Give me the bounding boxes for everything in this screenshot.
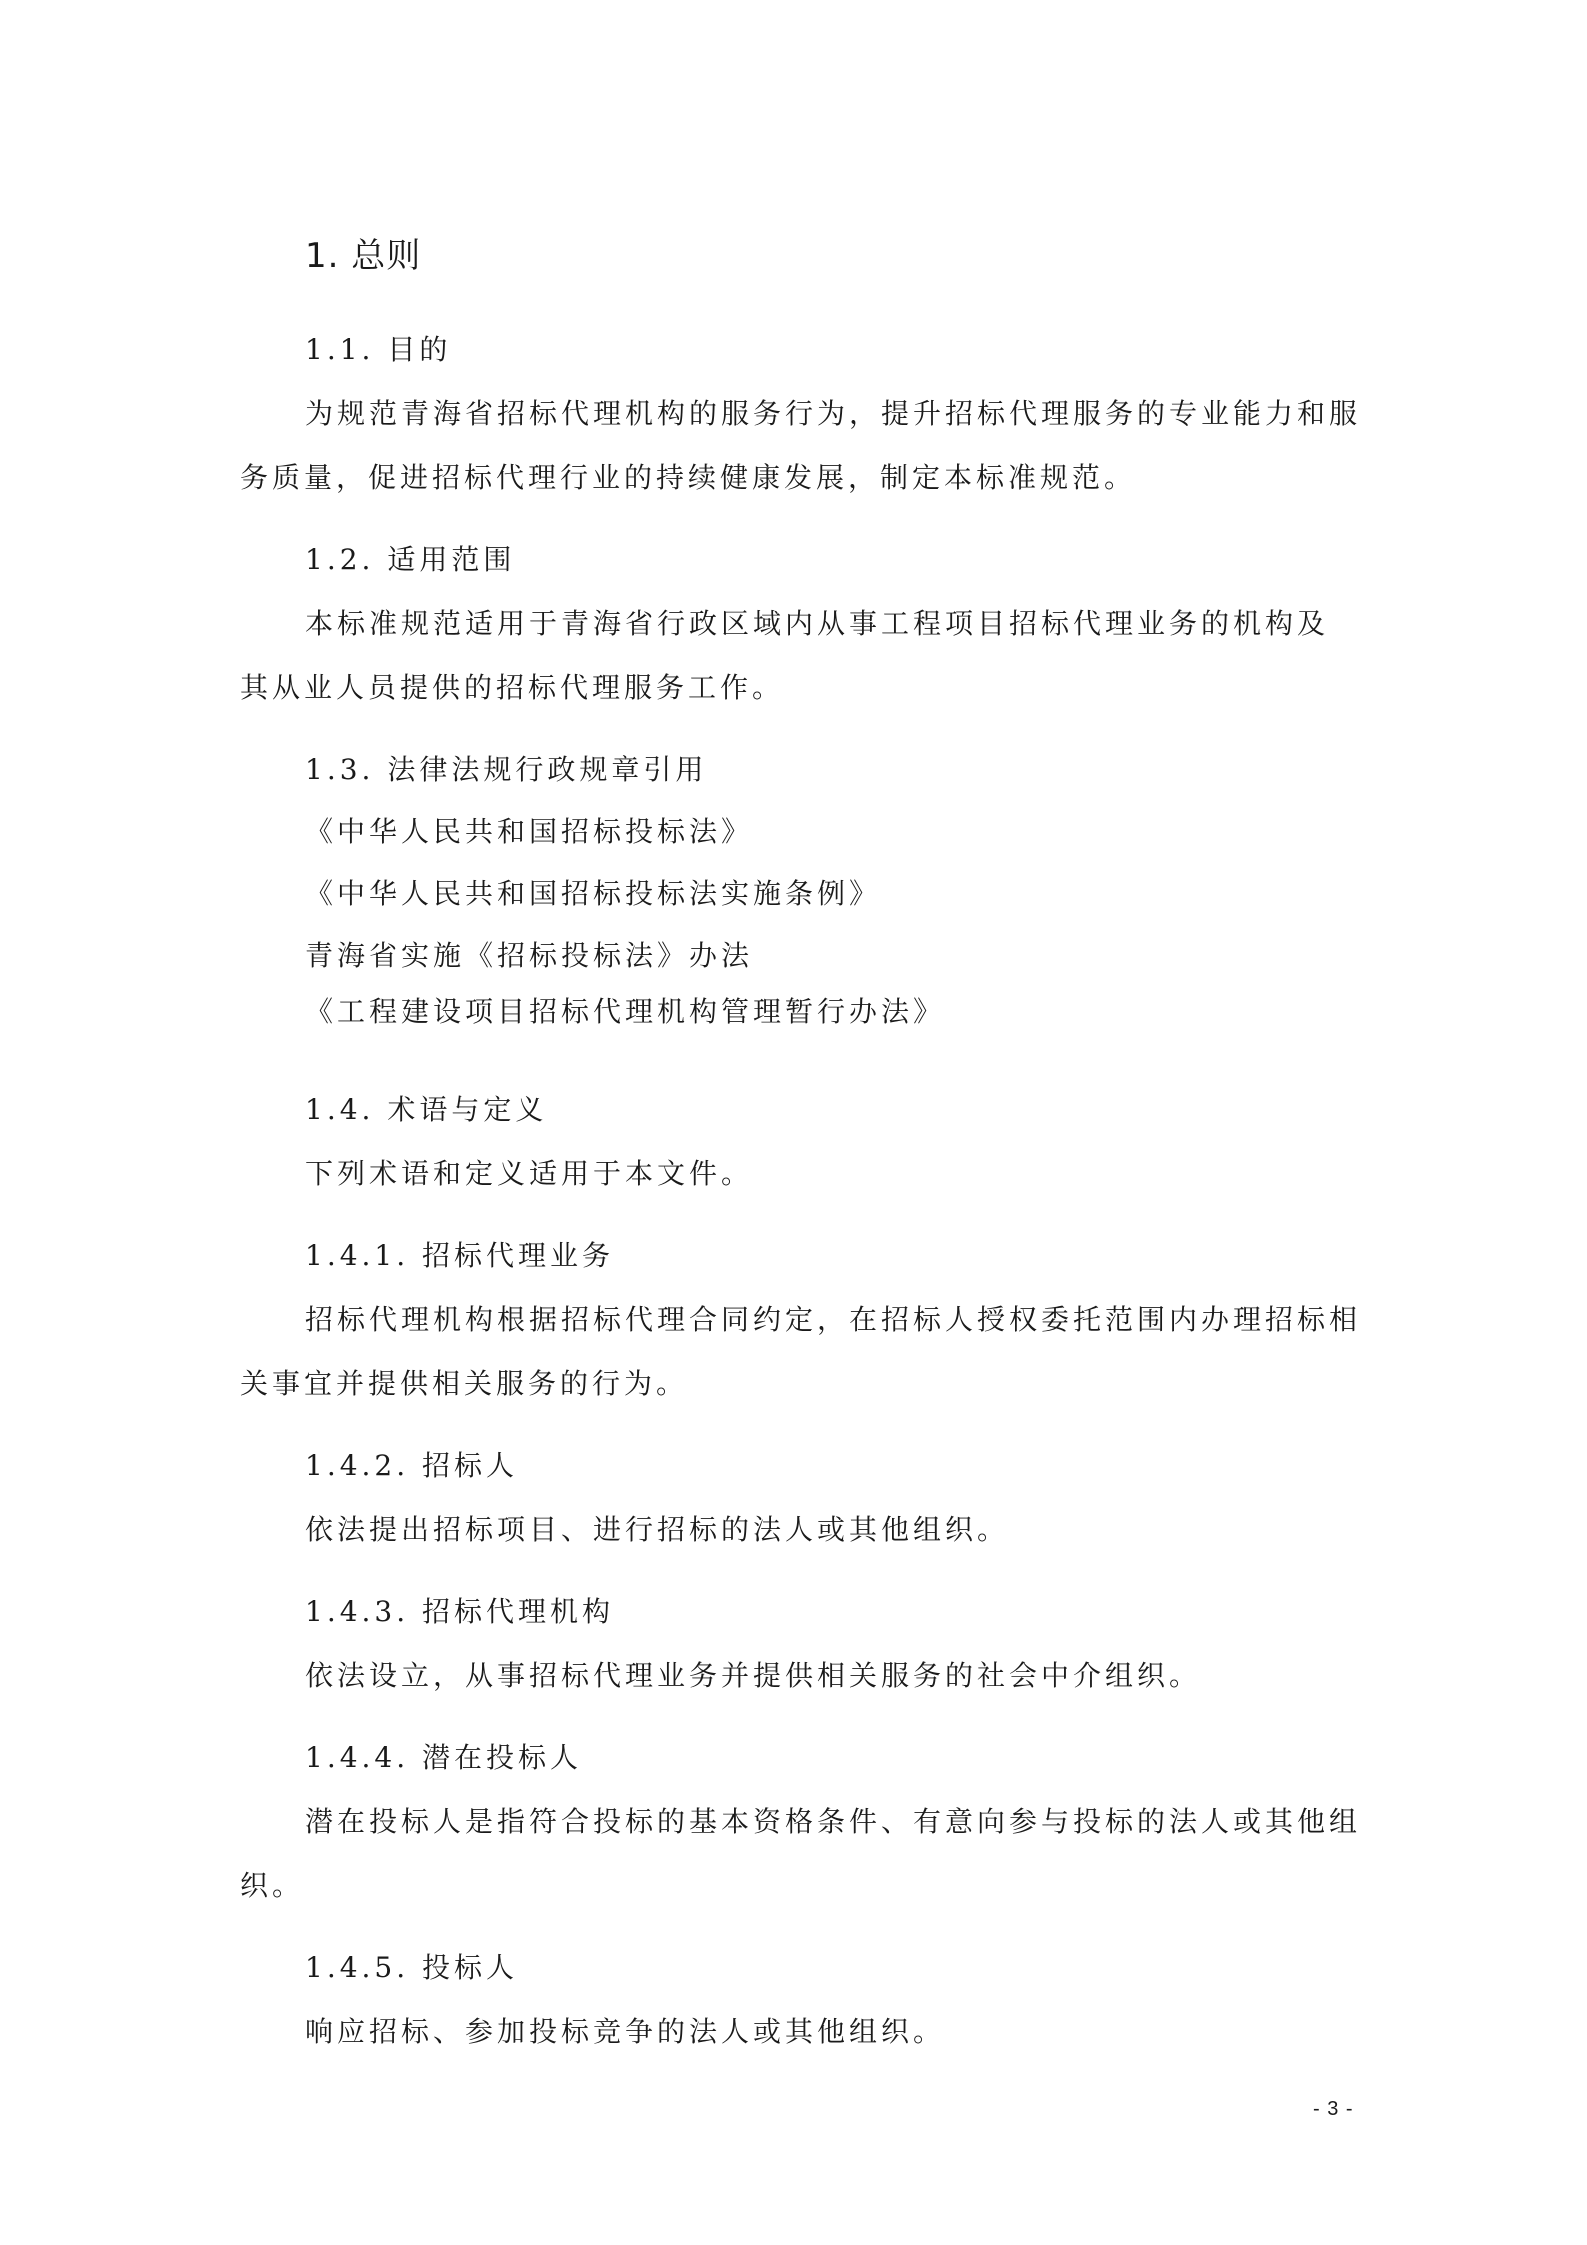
page-number: - 3 -	[1313, 2098, 1354, 2121]
paragraph-line: 依法设立，从事招标代理业务并提供相关服务的社会中介组织。	[305, 1658, 1201, 1694]
paragraph-line: 潜在投标人是指符合投标的基本资格条件、有意向参与投标的法人或其他组	[305, 1804, 1361, 1840]
section-title-1-4-2: 1.4.2. 招标人	[305, 1448, 518, 1484]
section-title-1-2: 1.2. 适用范围	[305, 542, 515, 578]
paragraph-line: 下列术语和定义适用于本文件。	[305, 1156, 753, 1192]
law-reference: 青海省实施《招标投标法》办法	[305, 938, 753, 974]
paragraph-line: 本标准规范适用于青海省行政区域内从事工程项目招标代理业务的机构及	[305, 606, 1329, 642]
section-title-1-4-1: 1.4.1. 招标代理业务	[305, 1238, 614, 1274]
paragraph-line: 响应招标、参加投标竞争的法人或其他组织。	[305, 2014, 945, 2050]
paragraph-line: 依法提出招标项目、进行招标的法人或其他组织。	[305, 1512, 1009, 1548]
paragraph-line: 招标代理机构根据招标代理合同约定，在招标人授权委托范围内办理招标相	[305, 1302, 1361, 1338]
section-title-1-1: 1.1. 目的	[305, 332, 451, 368]
section-title-1-4-4: 1.4.4. 潜在投标人	[305, 1740, 582, 1776]
law-reference: 《中华人民共和国招标投标法》	[305, 814, 753, 850]
section-title-1-3: 1.3. 法律法规行政规章引用	[305, 752, 707, 788]
section-title-1-4: 1.4. 术语与定义	[305, 1092, 547, 1128]
paragraph-line: 其从业人员提供的招标代理服务工作。	[240, 670, 784, 706]
law-reference: 《工程建设项目招标代理机构管理暂行办法》	[305, 994, 945, 1030]
paragraph-line: 务质量，促进招标代理行业的持续健康发展，制定本标准规范。	[240, 460, 1136, 496]
section-title-1-4-3: 1.4.3. 招标代理机构	[305, 1594, 614, 1630]
paragraph-line: 关事宜并提供相关服务的行为。	[240, 1366, 688, 1402]
section-title-1-4-5: 1.4.5. 投标人	[305, 1950, 518, 1986]
paragraph-line: 织。	[240, 1868, 304, 1904]
law-reference: 《中华人民共和国招标投标法实施条例》	[305, 876, 881, 912]
chapter-heading: 1. 总则	[305, 238, 421, 274]
paragraph-line: 为规范青海省招标代理机构的服务行为，提升招标代理服务的专业能力和服	[305, 396, 1361, 432]
